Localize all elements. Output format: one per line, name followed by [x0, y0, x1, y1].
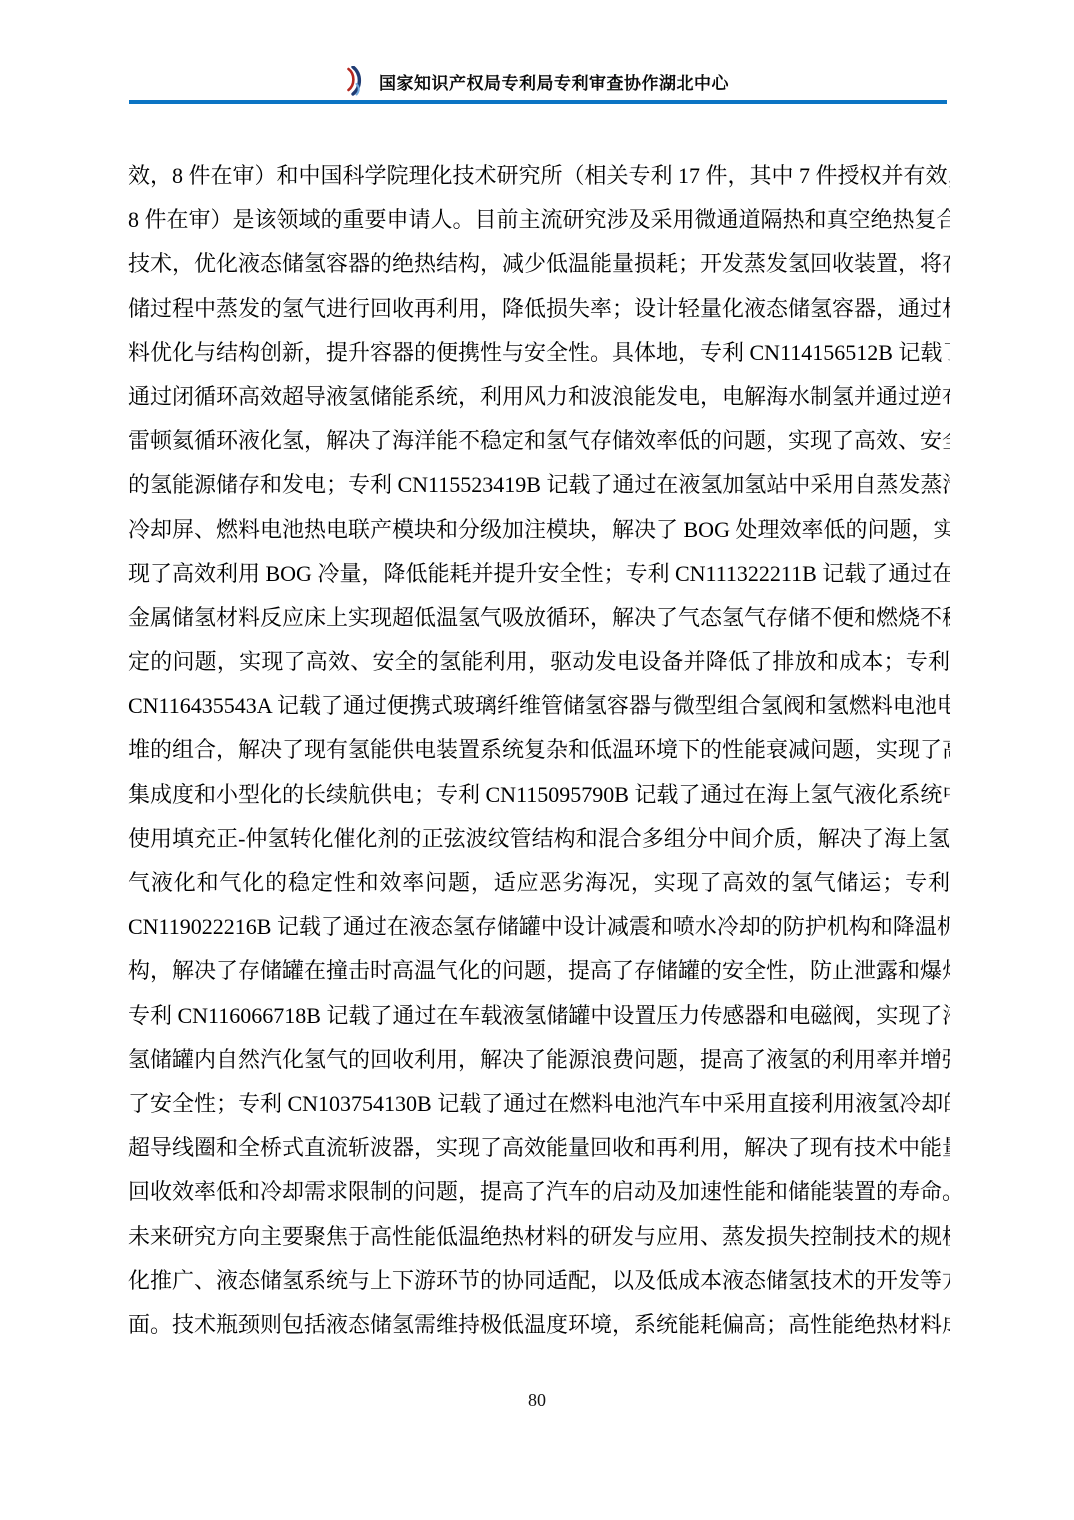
body-text-line: 使用填充正-仲氢转化催化剂的正弦波纹管结构和混合多组分中间介质，解决了海上氢 [128, 817, 950, 861]
body-text-line: 气液化和气化的稳定性和效率问题，适应恶劣海况，实现了高效的氢气储运；专利 [128, 861, 950, 905]
body-text-line: 专利 CN116066718B 记载了通过在车载液氢储罐中设置压力传感器和电磁阀… [128, 994, 950, 1038]
body-text-line: 超导线圈和全桥式直流斩波器，实现了高效能量回收和再利用，解决了现有技术中能量 [128, 1126, 950, 1170]
body-text-line: 雷顿氦循环液化氢，解决了海洋能不稳定和氢气存储效率低的问题，实现了高效、安全 [128, 419, 950, 463]
body-text-line: 氢储罐内自然汽化氢气的回收利用，解决了能源浪费问题，提高了液氢的利用率并增强 [128, 1038, 950, 1082]
header-center-name: 国家知识产权局专利局专利审查协作湖北中心 [379, 69, 729, 94]
agency-logo-icon [345, 66, 363, 96]
header-divider-line [129, 100, 947, 104]
body-text-line: 通过闭循环高效超导液氢储能系统，利用风力和波浪能发电，电解海水制氢并通过逆布 [128, 375, 950, 419]
body-text-line: 回收效率低和冷却需求限制的问题，提高了汽车的启动及加速性能和储能装置的寿命。 [128, 1170, 950, 1214]
body-text-line: 料优化与结构创新，提升容器的便携性与安全性。具体地，专利 CN114156512… [128, 331, 950, 375]
page-number: 80 [0, 1390, 1074, 1411]
body-text-line: CN119022216B 记载了通过在液态氢存储罐中设计减震和喷水冷却的防护机构… [128, 905, 950, 949]
body-text-line: 集成度和小型化的长续航供电；专利 CN115095790B 记载了通过在海上氢气… [128, 773, 950, 817]
body-text-line: 化推广、液态储氢系统与上下游环节的协同适配，以及低成本液态储氢技术的开发等方 [128, 1259, 950, 1303]
body-text-line: 效，8 件在审）和中国科学院理化技术研究所（相关专利 17 件，其中 7 件授权… [128, 154, 950, 198]
body-text-line: 8 件在审）是该领域的重要申请人。目前主流研究涉及采用微通道隔热和真空绝热复合 [128, 198, 950, 242]
body-text-line: 构，解决了存储罐在撞击时高温气化的问题，提高了存储罐的安全性，防止泄露和爆炸； [128, 949, 950, 993]
body-text-line: 金属储氢材料反应床上实现超低温氢气吸放循环，解决了气态氢气存储不便和燃烧不稳 [128, 596, 950, 640]
body-text-block: 效，8 件在审）和中国科学院理化技术研究所（相关专利 17 件，其中 7 件授权… [128, 154, 950, 1347]
body-text-line: 定的问题，实现了高效、安全的氢能利用，驱动发电设备并降低了排放和成本；专利 [128, 640, 950, 684]
body-text-line: 冷却屏、燃料电池热电联产模块和分级加注模块，解决了 BOG 处理效率低的问题，实 [128, 508, 950, 552]
document-page: 国家知识产权局专利局专利审查协作湖北中心 效，8 件在审）和中国科学院理化技术研… [0, 0, 1074, 1520]
body-text-line: 储过程中蒸发的氢气进行回收再利用，降低损失率；设计轻量化液态储氢容器，通过材 [128, 287, 950, 331]
body-text-line: 的氢能源储存和发电；专利 CN115523419B 记载了通过在液氢加氢站中采用… [128, 463, 950, 507]
body-text-line: CN116435543A 记载了通过便携式玻璃纤维管储氢容器与微型组合氢阀和氢燃… [128, 684, 950, 728]
body-text-line: 现了高效利用 BOG 冷量，降低能耗并提升安全性；专利 CN111322211B… [128, 552, 950, 596]
body-text-line: 了安全性；专利 CN103754130B 记载了通过在燃料电池汽车中采用直接利用… [128, 1082, 950, 1126]
body-text-line: 技术，优化液态储氢容器的绝热结构，减少低温能量损耗；开发蒸发氢回收装置，将存 [128, 242, 950, 286]
body-text-line: 未来研究方向主要聚焦于高性能低温绝热材料的研发与应用、蒸发损失控制技术的规模 [128, 1215, 950, 1259]
body-text-line: 堆的组合，解决了现有氢能供电装置系统复杂和低温环境下的性能衰减问题，实现了高 [128, 728, 950, 772]
page-header: 国家知识产权局专利局专利审查协作湖北中心 [0, 66, 1074, 96]
body-text-line: 面。技术瓶颈则包括液态储氢需维持极低温度环境，系统能耗偏高；高性能绝热材料成 [128, 1303, 950, 1347]
